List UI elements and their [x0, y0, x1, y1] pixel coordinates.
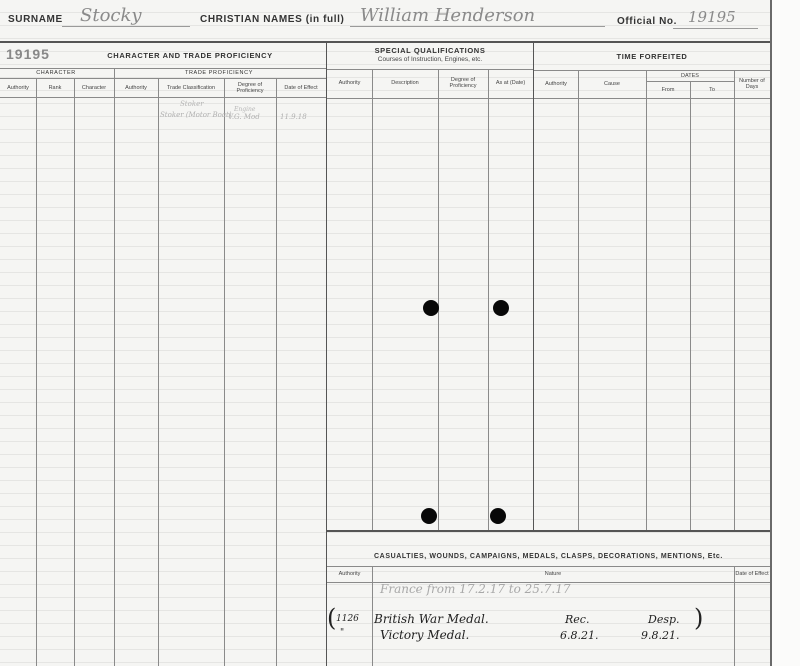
punch-hole: [421, 508, 437, 524]
close-bracket: ): [694, 604, 703, 632]
col-cas-date: Date of Effect: [734, 567, 770, 581]
col-char-authority: Authority: [0, 79, 36, 97]
desp-label: Desp.: [648, 613, 680, 626]
col-cas-nature: Nature: [372, 567, 734, 581]
desp-date: 9.8.21.: [641, 629, 679, 642]
time-forfeited-title: TIME FORFEITED: [534, 52, 770, 61]
medal-authority: 1126: [336, 614, 359, 624]
degree-note: Engine: [234, 106, 255, 113]
campaign-entry: France from 17.2.17 to 25.7.17: [380, 582, 570, 596]
punch-hole: [423, 300, 439, 316]
col-tf-to: To: [690, 82, 734, 97]
stamped-official-no: 19195: [6, 46, 50, 62]
rec-date: 6.8.21.: [560, 629, 598, 642]
col-tf-authority: Authority: [534, 72, 578, 96]
ditto-mark: ": [340, 628, 344, 638]
punch-hole: [490, 508, 506, 524]
trade-note: Stoker: [180, 100, 204, 108]
dates-group-label: DATES: [646, 71, 734, 80]
christian-names-value: William Henderson: [360, 5, 535, 26]
col-sq-as-at: As at (Date): [488, 72, 533, 94]
official-no-value: 19195: [688, 8, 736, 26]
col-degree-proficiency: Degree of Proficiency: [224, 79, 276, 97]
christian-names-label: CHRISTIAN NAMES (in full): [200, 14, 344, 25]
special-qualifications-subtitle: Courses of Instruction, Engines, etc.: [327, 56, 533, 63]
official-no-label: Official No.: [617, 16, 677, 27]
card-edge: [770, 0, 800, 666]
trade-classification-value: Stoker (Motor Boat): [160, 111, 232, 119]
col-trade-classification: Trade Classification: [158, 79, 224, 97]
victory-medal: Victory Medal.: [380, 628, 469, 642]
col-tf-days: Number of Days: [734, 72, 770, 96]
col-tf-from: From: [646, 82, 690, 97]
british-war-medal: British War Medal.: [374, 612, 489, 626]
casualties-title: CASUALTIES, WOUNDS, CAMPAIGNS, MEDALS, C…: [327, 553, 770, 560]
character-group-label: CHARACTER: [0, 70, 112, 76]
col-rank: Rank: [36, 79, 74, 97]
col-character: Character: [74, 79, 114, 97]
punch-hole: [493, 300, 509, 316]
date-of-effect-value: 11.9.18: [280, 113, 307, 121]
col-tf-cause: Cause: [578, 72, 646, 96]
col-sq-description: Description: [372, 72, 438, 94]
surname-value: Stocky: [80, 5, 142, 26]
col-trade-authority: Authority: [114, 79, 158, 97]
open-bracket: (: [327, 604, 336, 632]
col-cas-authority: Authority: [327, 567, 372, 581]
surname-label: SURNAME: [8, 14, 63, 25]
character-trade-title: CHARACTER AND TRADE PROFICIENCY: [60, 51, 320, 60]
service-record-card: SURNAME Stocky CHRISTIAN NAMES (in full)…: [0, 0, 770, 666]
col-date-of-effect: Date of Effect: [276, 79, 326, 97]
trade-group-label: TRADE PROFICIENCY: [112, 70, 326, 76]
degree-value: V.G. Mod: [228, 113, 260, 121]
col-sq-degree: Degree of Proficiency: [438, 72, 488, 94]
rec-label: Rec.: [565, 613, 589, 626]
special-qualifications-title: SPECIAL QUALIFICATIONS: [327, 46, 533, 55]
col-sq-authority: Authority: [327, 72, 372, 94]
